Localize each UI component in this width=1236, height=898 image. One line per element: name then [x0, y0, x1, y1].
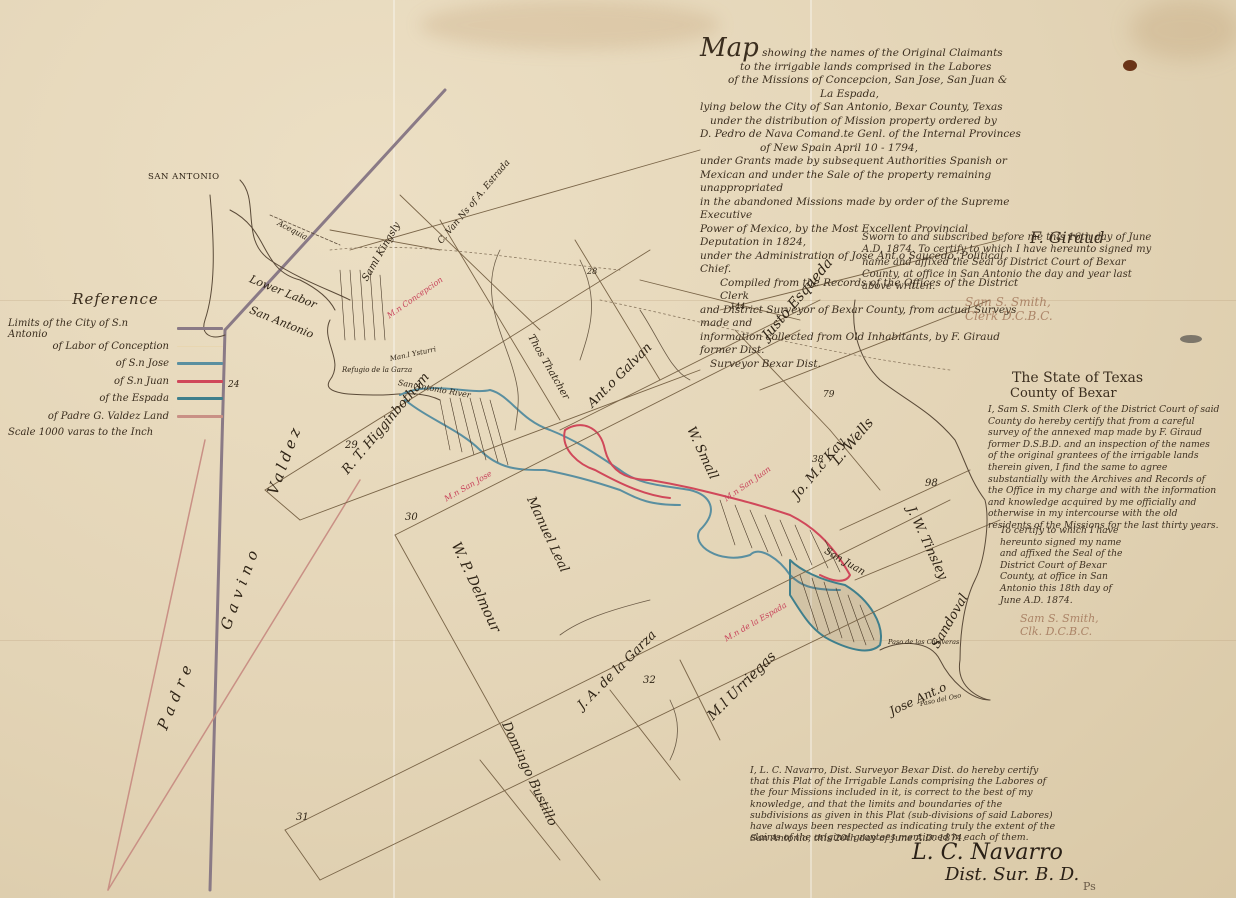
legend-item-concepcion: of Labor of Conception [8, 338, 223, 356]
legend-item-city-limits: Limits of the City of S.n Antonio [8, 320, 223, 338]
survey-number: 30 [405, 512, 418, 523]
giraud-signature: F. Giraud [1030, 228, 1104, 247]
survey-number: 79 [823, 390, 834, 400]
clerk-signature: Sam S. Smith, Clerk D.C.B.C. [965, 295, 1085, 323]
legend-item-san-jose: of S.n Jose [8, 355, 223, 373]
legend-swatch [177, 397, 223, 400]
legend-swatch [177, 415, 223, 418]
map-legend: Reference Limits of the City of S.n Anto… [8, 290, 223, 438]
legend-swatch [177, 327, 223, 330]
legend-swatch [177, 346, 223, 347]
survey-number: 32 [643, 675, 656, 686]
navarro-certificate-text: I, L. C. Navarro, Dist. Surveyor Bexar D… [750, 765, 1060, 843]
map-title-word: Map [700, 33, 759, 63]
legend-item-san-juan: of S.n Juan [8, 373, 223, 391]
legend-item-valdez: of Padre G. Valdez Land [8, 408, 223, 426]
state-certificate-attest: To certify to which I have hereunto sign… [1000, 525, 1130, 606]
label-refugio: Refugio de la Garza [342, 366, 412, 374]
navarro-title: Dist. Sur. B. D. [945, 864, 1079, 885]
legend-swatch [177, 362, 223, 365]
state-heading: The State of Texas [1012, 370, 1143, 386]
archive-mark: Ps [1083, 880, 1096, 893]
survey-number: 144 [730, 302, 745, 311]
giraud-affidavit: Sworn to and subscribed before me this 1… [862, 232, 1162, 293]
survey-number: 31 [296, 812, 309, 823]
survey-number: 29 [345, 440, 358, 451]
smith-signature: Sam S. Smith, Clk. D.C.B.C. [1020, 612, 1110, 638]
survey-number: 24 [228, 380, 239, 390]
survey-number: 98 [925, 478, 938, 489]
survey-number: 38 [812, 455, 823, 465]
map-sheet: Map showing the names of the Original Cl… [0, 0, 1236, 898]
legend-scale: Scale 1000 varas to the Inch [8, 427, 223, 438]
legend-item-espada: of the Espada [8, 390, 223, 408]
survey-number: 28 [587, 267, 597, 276]
label-san-antonio-city: SAN ANTONIO [148, 172, 220, 182]
legend-swatch [177, 380, 223, 383]
state-certificate-text: I, Sam S. Smith Clerk of the District Co… [988, 404, 1220, 532]
navarro-signature: L. C. Navarro [912, 840, 1063, 865]
county-heading: County of Bexar [1010, 386, 1117, 401]
legend-heading: Reference [8, 290, 223, 308]
label-paso-calaveras: Paso de las Calaveras [888, 638, 959, 646]
